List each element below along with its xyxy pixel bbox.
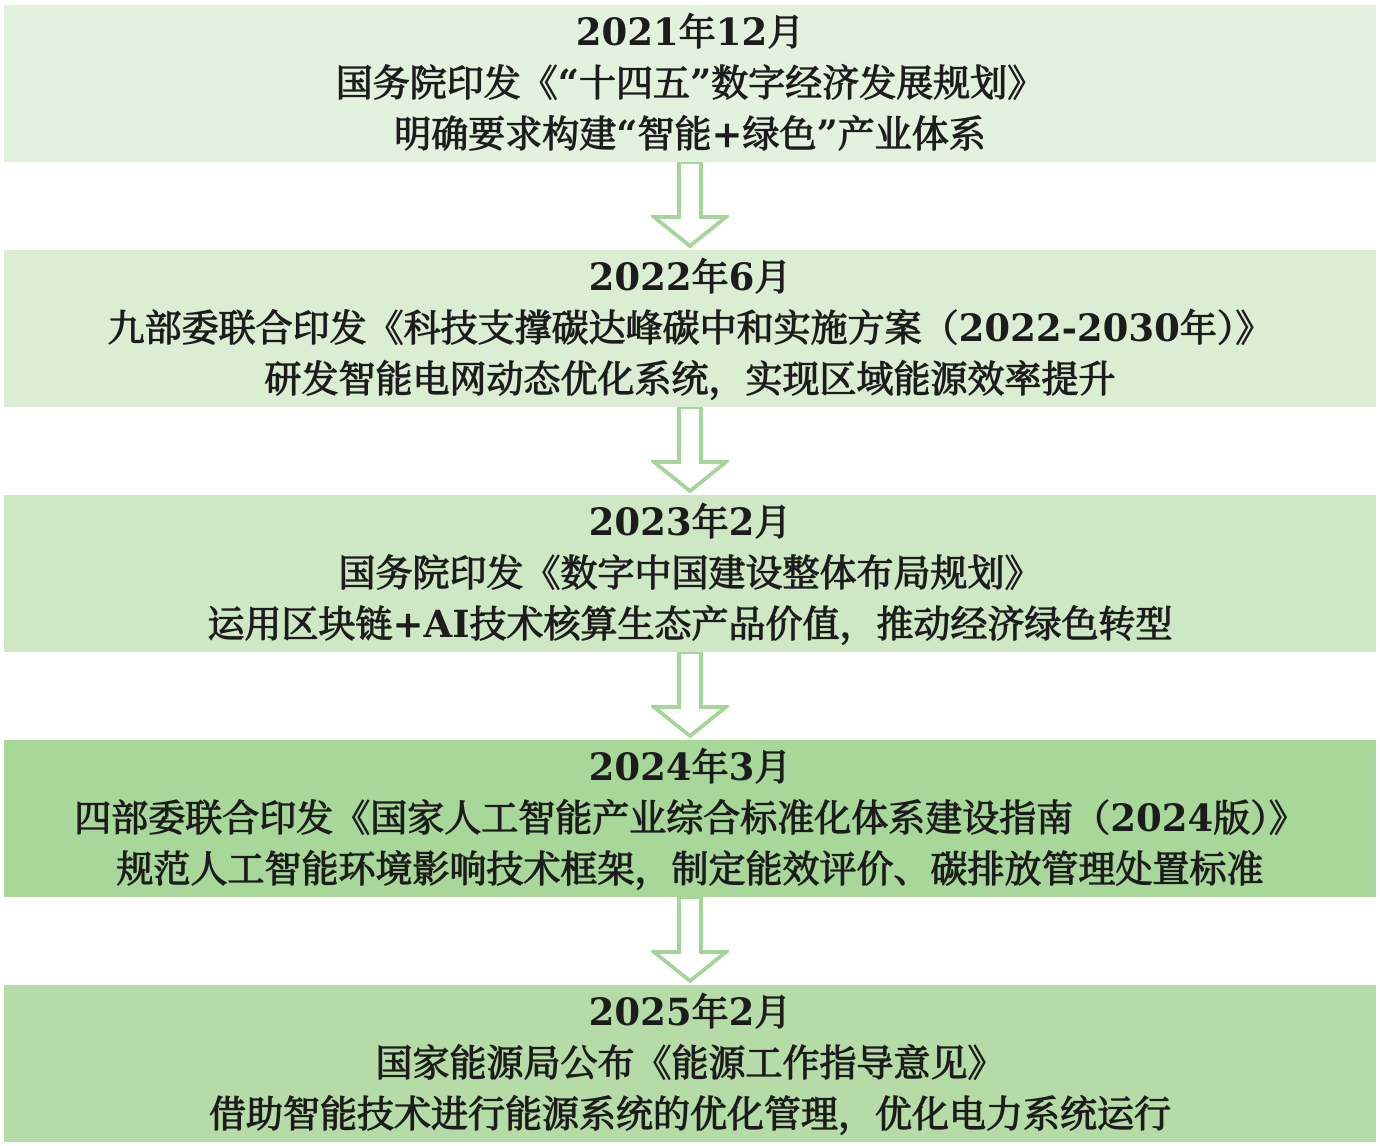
timeline-item-title: 四部委联合印发《国家人工智能产业综合标准化体系建设指南（2024版）》: [74, 793, 1305, 844]
timeline-item-description: 运用区块链+AI技术核算生态产品价值，推动经济绿色转型: [207, 599, 1172, 650]
down-arrow-icon: [651, 652, 729, 740]
connector-row: [0, 162, 1380, 250]
timeline-item-date: 2022年6月: [589, 252, 792, 303]
policy-timeline: 2021年12月 国务院印发《“十四五”数字经济发展规划》 明确要求构建“智能+…: [0, 5, 1380, 1142]
timeline-item-date: 2023年2月: [589, 497, 792, 548]
down-arrow-icon: [651, 162, 729, 250]
timeline-item-2023-02: 2023年2月 国务院印发《数字中国建设整体布局规划》 运用区块链+AI技术核算…: [4, 495, 1376, 652]
timeline-item-description: 研发智能电网动态优化系统，实现区域能源效率提升: [265, 354, 1116, 405]
timeline-item-title: 国家能源局公布《能源工作指导意见》: [376, 1038, 1005, 1089]
timeline-item-2024-03: 2024年3月 四部委联合印发《国家人工智能产业综合标准化体系建设指南（2024…: [4, 740, 1376, 897]
timeline-item-date: 2021年12月: [576, 7, 804, 58]
timeline-item-description: 规范人工智能环境影响技术框架，制定能效评价、碳排放管理处置标准: [117, 844, 1264, 895]
timeline-item-title: 国务院印发《“十四五”数字经济发展规划》: [336, 58, 1045, 109]
down-arrow-icon: [651, 897, 729, 985]
connector-row: [0, 407, 1380, 495]
timeline-item-description: 借助智能技术进行能源系统的优化管理，优化电力系统运行: [209, 1089, 1171, 1140]
down-arrow-icon: [651, 407, 729, 495]
connector-row: [0, 652, 1380, 740]
timeline-item-2021-12: 2021年12月 国务院印发《“十四五”数字经济发展规划》 明确要求构建“智能+…: [4, 5, 1376, 162]
timeline-item-date: 2025年2月: [589, 987, 792, 1038]
timeline-item-2025-02: 2025年2月 国家能源局公布《能源工作指导意见》 借助智能技术进行能源系统的优…: [4, 985, 1376, 1142]
timeline-item-title: 九部委联合印发《科技支撑碳达峰碳中和实施方案（2022-2030年）》: [108, 303, 1273, 354]
timeline-item-description: 明确要求构建“智能+绿色”产业体系: [394, 109, 986, 160]
connector-row: [0, 897, 1380, 985]
timeline-item-title: 国务院印发《数字中国建设整体布局规划》: [339, 548, 1042, 599]
timeline-item-2022-06: 2022年6月 九部委联合印发《科技支撑碳达峰碳中和实施方案（2022-2030…: [4, 250, 1376, 407]
timeline-item-date: 2024年3月: [589, 742, 792, 793]
